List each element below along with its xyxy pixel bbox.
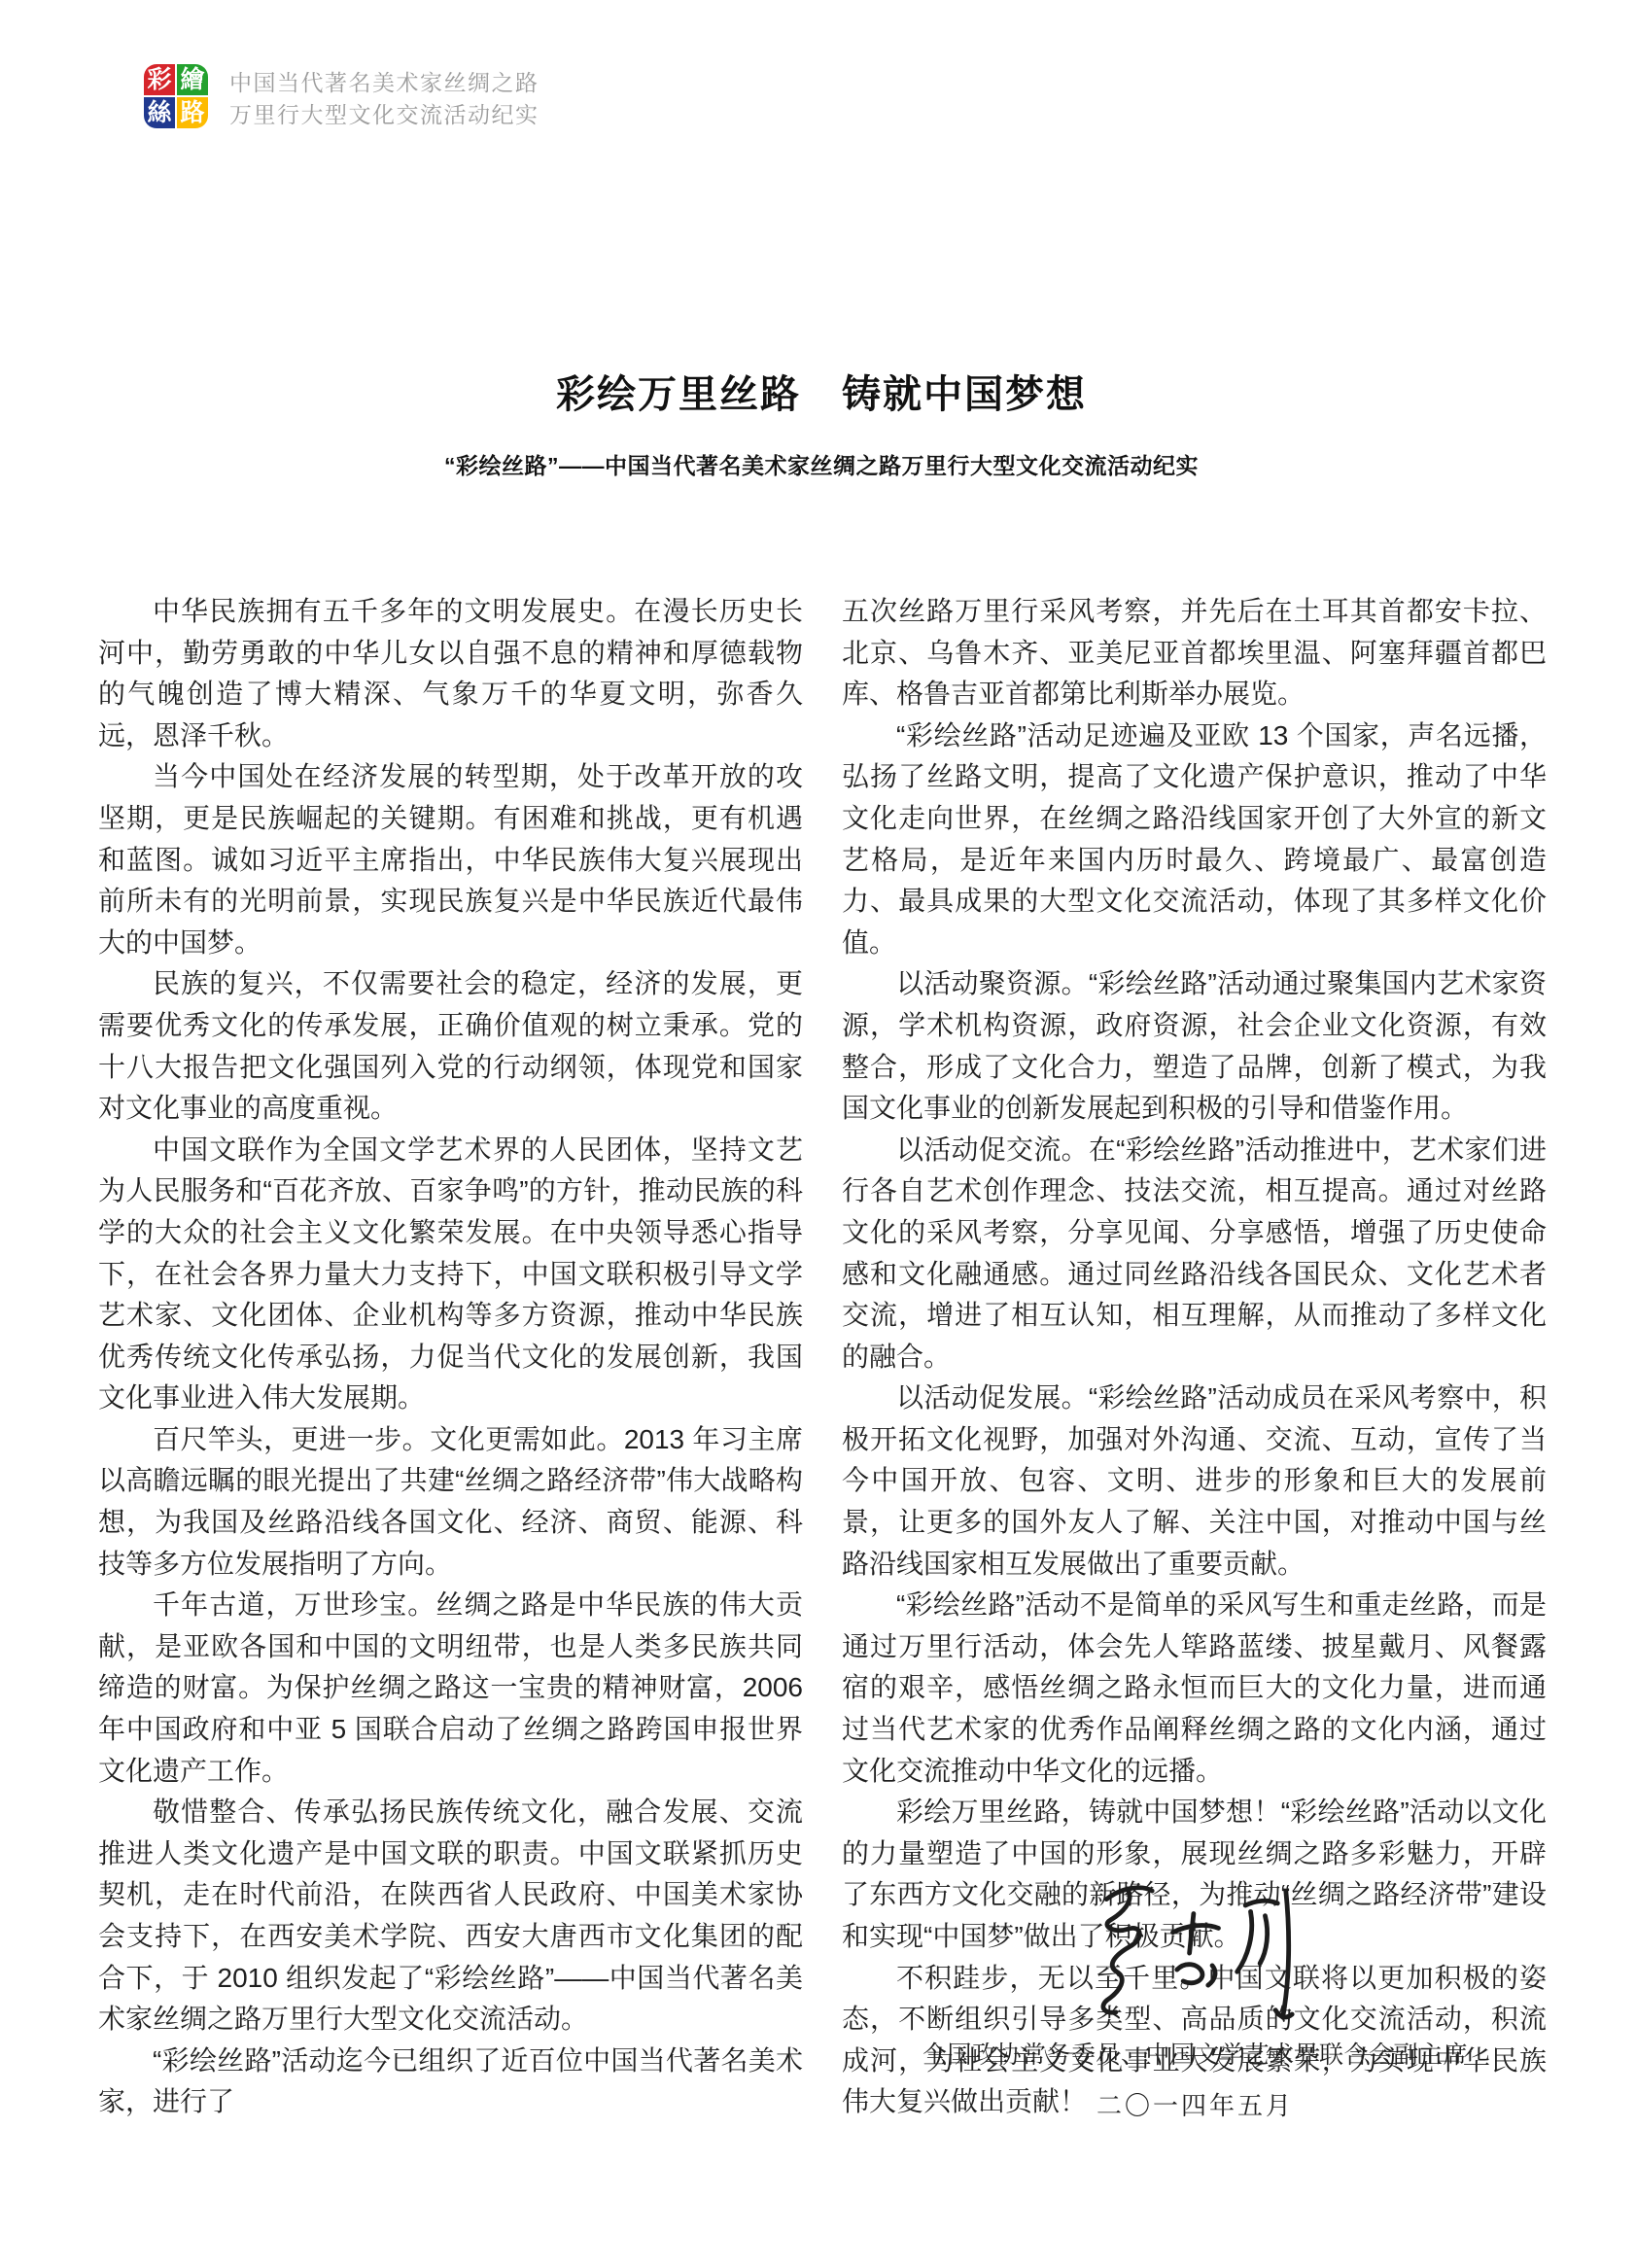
body-paragraph: 以活动促交流。在“彩绘丝路”活动推进中，艺术家们进行各自艺术创作理念、技法交流，… xyxy=(842,1130,1547,1378)
logo-tile-green: 繪 xyxy=(177,64,208,95)
body-paragraph: 中华民族拥有五千多年的文明发展史。在漫长历史长河中，勤劳勇敢的中华儿女以自强不息… xyxy=(98,591,803,756)
body-paragraph: “彩绘丝路”活动迄今已组织了近百位中国当代著名美术家，进行了 xyxy=(98,2041,803,2123)
body-paragraph: 以活动聚资源。“彩绘丝路”活动通过聚集国内艺术家资源，学术机构资源，政府资源，社… xyxy=(842,963,1547,1129)
body-paragraph: 民族的复兴，不仅需要社会的稳定，经济的发展，更需要优秀文化的传承发展，正确价值观… xyxy=(98,963,803,1129)
header-caption: 中国当代著名美术家丝绸之路 万里行大型文化交流活动纪实 xyxy=(229,64,540,131)
body-paragraph: “彩绘丝路”活动足迹遍及亚欧 13 个国家，声名远播，弘扬了丝路文明，提高了文化… xyxy=(842,715,1547,964)
page-title-part1: 彩绘万里丝路 xyxy=(556,373,801,416)
page-header: 彩 繪 絲 路 中国当代著名美术家丝绸之路 万里行大型文化交流活动纪实 xyxy=(144,64,540,131)
body-paragraph: 千年古道，万世珍宝。丝绸之路是中华民族的伟大贡献，是亚欧各国和中国的文明纽带，也… xyxy=(98,1585,803,1792)
signature-date: 二〇一四年五月 xyxy=(843,2086,1548,2122)
document-page: 彩 繪 絲 路 中国当代著名美术家丝绸之路 万里行大型文化交流活动纪实 彩绘万里… xyxy=(0,0,1636,2268)
body-paragraph: 敬惜整合、传承弘扬民族传统文化，融合发展、交流推进人类文化遗产是中国文联的职责。… xyxy=(98,1792,803,2041)
signature-block: 全国政协常务委员、中国文学艺术界联合会副主席 二〇一四年五月 xyxy=(843,1874,1548,2122)
body-paragraph: 当今中国处在经济发展的转型期，处于改革开放的攻坚期，更是民族崛起的关键期。有困难… xyxy=(98,756,803,963)
title-block: 彩绘万里丝路铸就中国梦想 “彩绘丝路”——中国当代著名美术家丝绸之路万里行大型文… xyxy=(97,364,1546,480)
logo-tile-yellow: 路 xyxy=(177,97,208,128)
signer-role: 全国政协常务委员、中国文学艺术界联合会副主席 xyxy=(843,2036,1548,2071)
header-caption-line2: 万里行大型文化交流活动纪实 xyxy=(229,99,540,131)
logo-tile-blue: 絲 xyxy=(144,97,175,128)
page-title: 彩绘万里丝路铸就中国梦想 xyxy=(97,364,1546,419)
body-paragraph: “彩绘丝路”活动不是简单的采风写生和重走丝路，而是通过万里行活动，体会先人筚路蓝… xyxy=(842,1585,1547,1792)
body-paragraph: 五次丝路万里行采风考察，并先后在土耳其首都安卡拉、北京、乌鲁木齐、亚美尼亚首都埃… xyxy=(842,591,1547,715)
page-title-part2: 铸就中国梦想 xyxy=(842,373,1087,416)
body-paragraph: 百尺竿头，更进一步。文化更需如此。2013 年习主席以高瞻远瞩的眼光提出了共建“… xyxy=(98,1419,803,1585)
body-paragraph: 以活动促发展。“彩绘丝路”活动成员在采风考察中，积极开拓文化视野，加强对外沟通、… xyxy=(842,1378,1547,1585)
signature-calligraphy xyxy=(1050,1874,1341,2030)
silk-road-logo: 彩 繪 絲 路 xyxy=(144,64,208,128)
body-paragraph: 中国文联作为全国文学艺术界的人民团体，坚持文艺为人民服务和“百花齐放、百家争鸣”… xyxy=(98,1130,803,1419)
page-subtitle: “彩绘丝路”——中国当代著名美术家丝绸之路万里行大型文化交流活动纪实 xyxy=(97,448,1546,480)
logo-tile-red: 彩 xyxy=(144,64,175,95)
header-caption-line1: 中国当代著名美术家丝绸之路 xyxy=(229,67,540,99)
column-left: 中华民族拥有五千多年的文明发展史。在漫长历史长河中，勤劳勇敢的中华儿女以自强不息… xyxy=(98,591,803,2123)
